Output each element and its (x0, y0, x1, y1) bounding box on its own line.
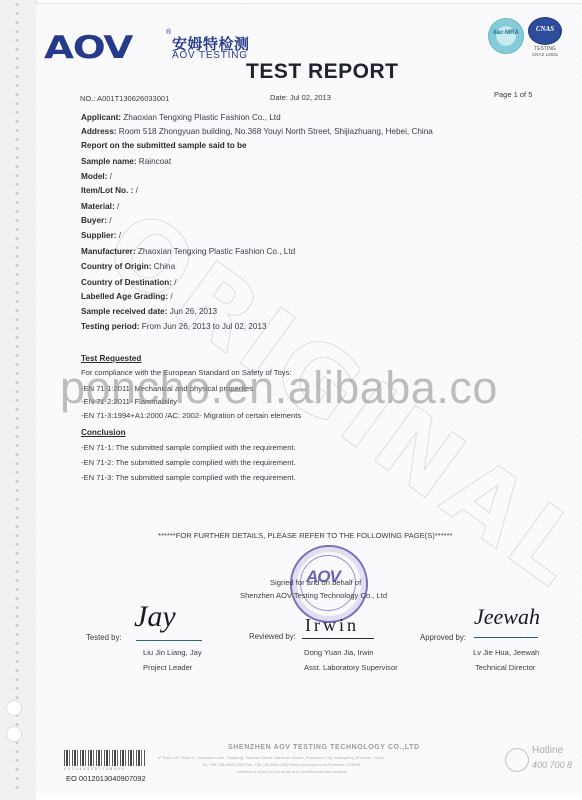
tested-by-signature-line (136, 640, 202, 641)
field-value: / (116, 231, 121, 240)
registered-mark: ® (166, 29, 171, 36)
hotline-label: Hotline (532, 745, 563, 756)
barcode-digits: 0024403257738409 (64, 766, 125, 771)
approved-by-signature: Jeewah (474, 604, 540, 630)
field-label: Model: (81, 172, 107, 181)
field-row: Supplier: / (81, 231, 121, 240)
reviewed-by-signature: Irwin (305, 615, 359, 636)
cnas-number: CNAS L2631 (526, 52, 564, 57)
field-value: / (107, 172, 112, 181)
field-value: / (115, 202, 120, 211)
field-label: Country of Destination: (81, 278, 172, 287)
field-row: Manufacturer: Zhaoxian Tengxing Plastic … (81, 247, 295, 256)
field-value: From Jun 26, 2013 to Jul 02, 2013 (140, 322, 267, 331)
aov-logo: AOV (44, 30, 132, 66)
alibaba-watermark: poncho.en.alibaba.co (60, 362, 498, 414)
field-label: Buyer: (81, 216, 107, 225)
field-row: Address: Room 518 Zhongyuan building, No… (81, 127, 433, 136)
conclusion-item: -EN 71-2: The submitted sample complied … (81, 458, 296, 467)
field-row: Sample received date: Jun 26, 2013 (81, 307, 217, 316)
field-value: / (107, 216, 112, 225)
further-details-note: ******FOR FURTHER DETAILS, PLEASE REFER … (158, 531, 453, 540)
field-label: Item/Lot No. : (81, 186, 133, 195)
field-row: Applicant: Zhaoxian Tengxing Plastic Fas… (81, 113, 281, 122)
field-label: Manufacturer: (81, 247, 136, 256)
field-label: Testing period: (81, 322, 140, 331)
field-row: Material: / (81, 202, 119, 211)
phone-icon (505, 748, 529, 772)
footer-notice: Attention is drawn to the terms and cond… (237, 769, 347, 774)
approved-by-label: Approved by: (420, 633, 466, 642)
reviewed-by-label: Reviewed by: (249, 632, 296, 641)
reviewed-by-name: Dong Yuan Jia, Irwin (304, 648, 374, 657)
tested-by-name: Liu Jin Liang, Jay (143, 648, 202, 657)
reviewed-by-role: Asst. Laboratory Supervisor (304, 663, 398, 672)
barcode (64, 750, 146, 766)
cnas-label: CNAS (528, 25, 562, 33)
field-value: Zhaoxian Tengxing Plastic Fashion Co., L… (121, 113, 281, 122)
footer-contact: Tel: +86-755-8600 0000 Fax: +86-755-8600… (202, 762, 360, 767)
field-value: Zhaoxian Tengxing Plastic Fashion Co., L… (136, 247, 296, 256)
binder-hole (6, 700, 22, 716)
signed-on-behalf-line: Signed for and on behalf of (270, 578, 361, 587)
report-title: TEST REPORT (246, 60, 399, 84)
page-indicator: Page 1 of 5 (494, 90, 532, 99)
field-row: Model: / (81, 172, 112, 181)
field-row: Report on the submitted sample said to b… (81, 141, 247, 150)
hotline-number: 400 700 8 (532, 760, 572, 770)
binder-hole (6, 726, 22, 742)
field-label: Sample name: (81, 157, 137, 166)
field-label: Applicant: (81, 113, 121, 122)
field-row: Buyer: / (81, 216, 112, 225)
ilac-mra-icon (488, 18, 524, 54)
report-date: Date: Jul 02, 2013 (270, 93, 331, 102)
field-label: Address: (81, 127, 117, 136)
report-number: NO.: A001T130626033001 (80, 94, 169, 103)
conclusion-item: -EN 71-3: The submitted sample complied … (81, 473, 296, 482)
footer-company-name: SHENZHEN AOV TESTING TECHNOLOGY CO.,LTD (228, 744, 420, 751)
ilac-mra-label: ilac-MRA (488, 30, 524, 36)
conclusion-item: -EN 71-1: The submitted sample complied … (81, 443, 296, 452)
field-row: Testing period: From Jun 26, 2013 to Jul… (81, 322, 267, 331)
field-row: Sample name: Raincoat (81, 157, 171, 166)
field-row: Country of Destination: / (81, 278, 177, 287)
field-label: Material: (81, 202, 115, 211)
field-row: Country of Origin: China (81, 262, 175, 271)
tested-by-signature: Jay (134, 600, 176, 634)
approved-by-signature-line (474, 637, 538, 638)
tested-by-label: Tested by: (86, 633, 122, 642)
field-label: Report on the submitted sample said to b… (81, 141, 247, 150)
field-row: Labelled Age Grading: / (81, 292, 173, 301)
eo-number: EO 0012013040907092 (66, 774, 146, 783)
field-value: / (168, 292, 173, 301)
document-sleeve (0, 0, 37, 800)
signed-company-line: Shenzhen AOV Testing Technology Co., Ltd (240, 591, 387, 600)
field-row: Item/Lot No. : / (81, 186, 138, 195)
approved-by-role: Technical Director (475, 663, 535, 672)
reviewed-by-signature-line (302, 638, 374, 639)
footer-address: 1F East 2 AF Block 5, Yuanshen Lane, Tan… (157, 755, 384, 760)
approved-by-name: Lv Jie Hua, Jeewah (473, 648, 539, 657)
field-label: Labelled Age Grading: (81, 292, 168, 301)
field-label: Country of Origin: (81, 262, 152, 271)
field-label: Sample received date: (81, 307, 167, 316)
logo-english-name: AOV TESTING (172, 50, 248, 61)
field-value: / (133, 186, 138, 195)
field-value: / (172, 278, 177, 287)
field-value: Room 518 Zhongyuan building, No.368 Youy… (117, 127, 433, 136)
field-value: Raincoat (137, 157, 172, 166)
page-margin (36, 793, 582, 800)
field-value: China (152, 262, 176, 271)
sleeve-perforation (14, 0, 20, 790)
field-value: Jun 26, 2013 (167, 307, 217, 316)
tested-by-role: Project Leader (143, 663, 192, 672)
field-label: Supplier: (81, 231, 116, 240)
conclusion-heading: Conclusion (81, 428, 126, 437)
